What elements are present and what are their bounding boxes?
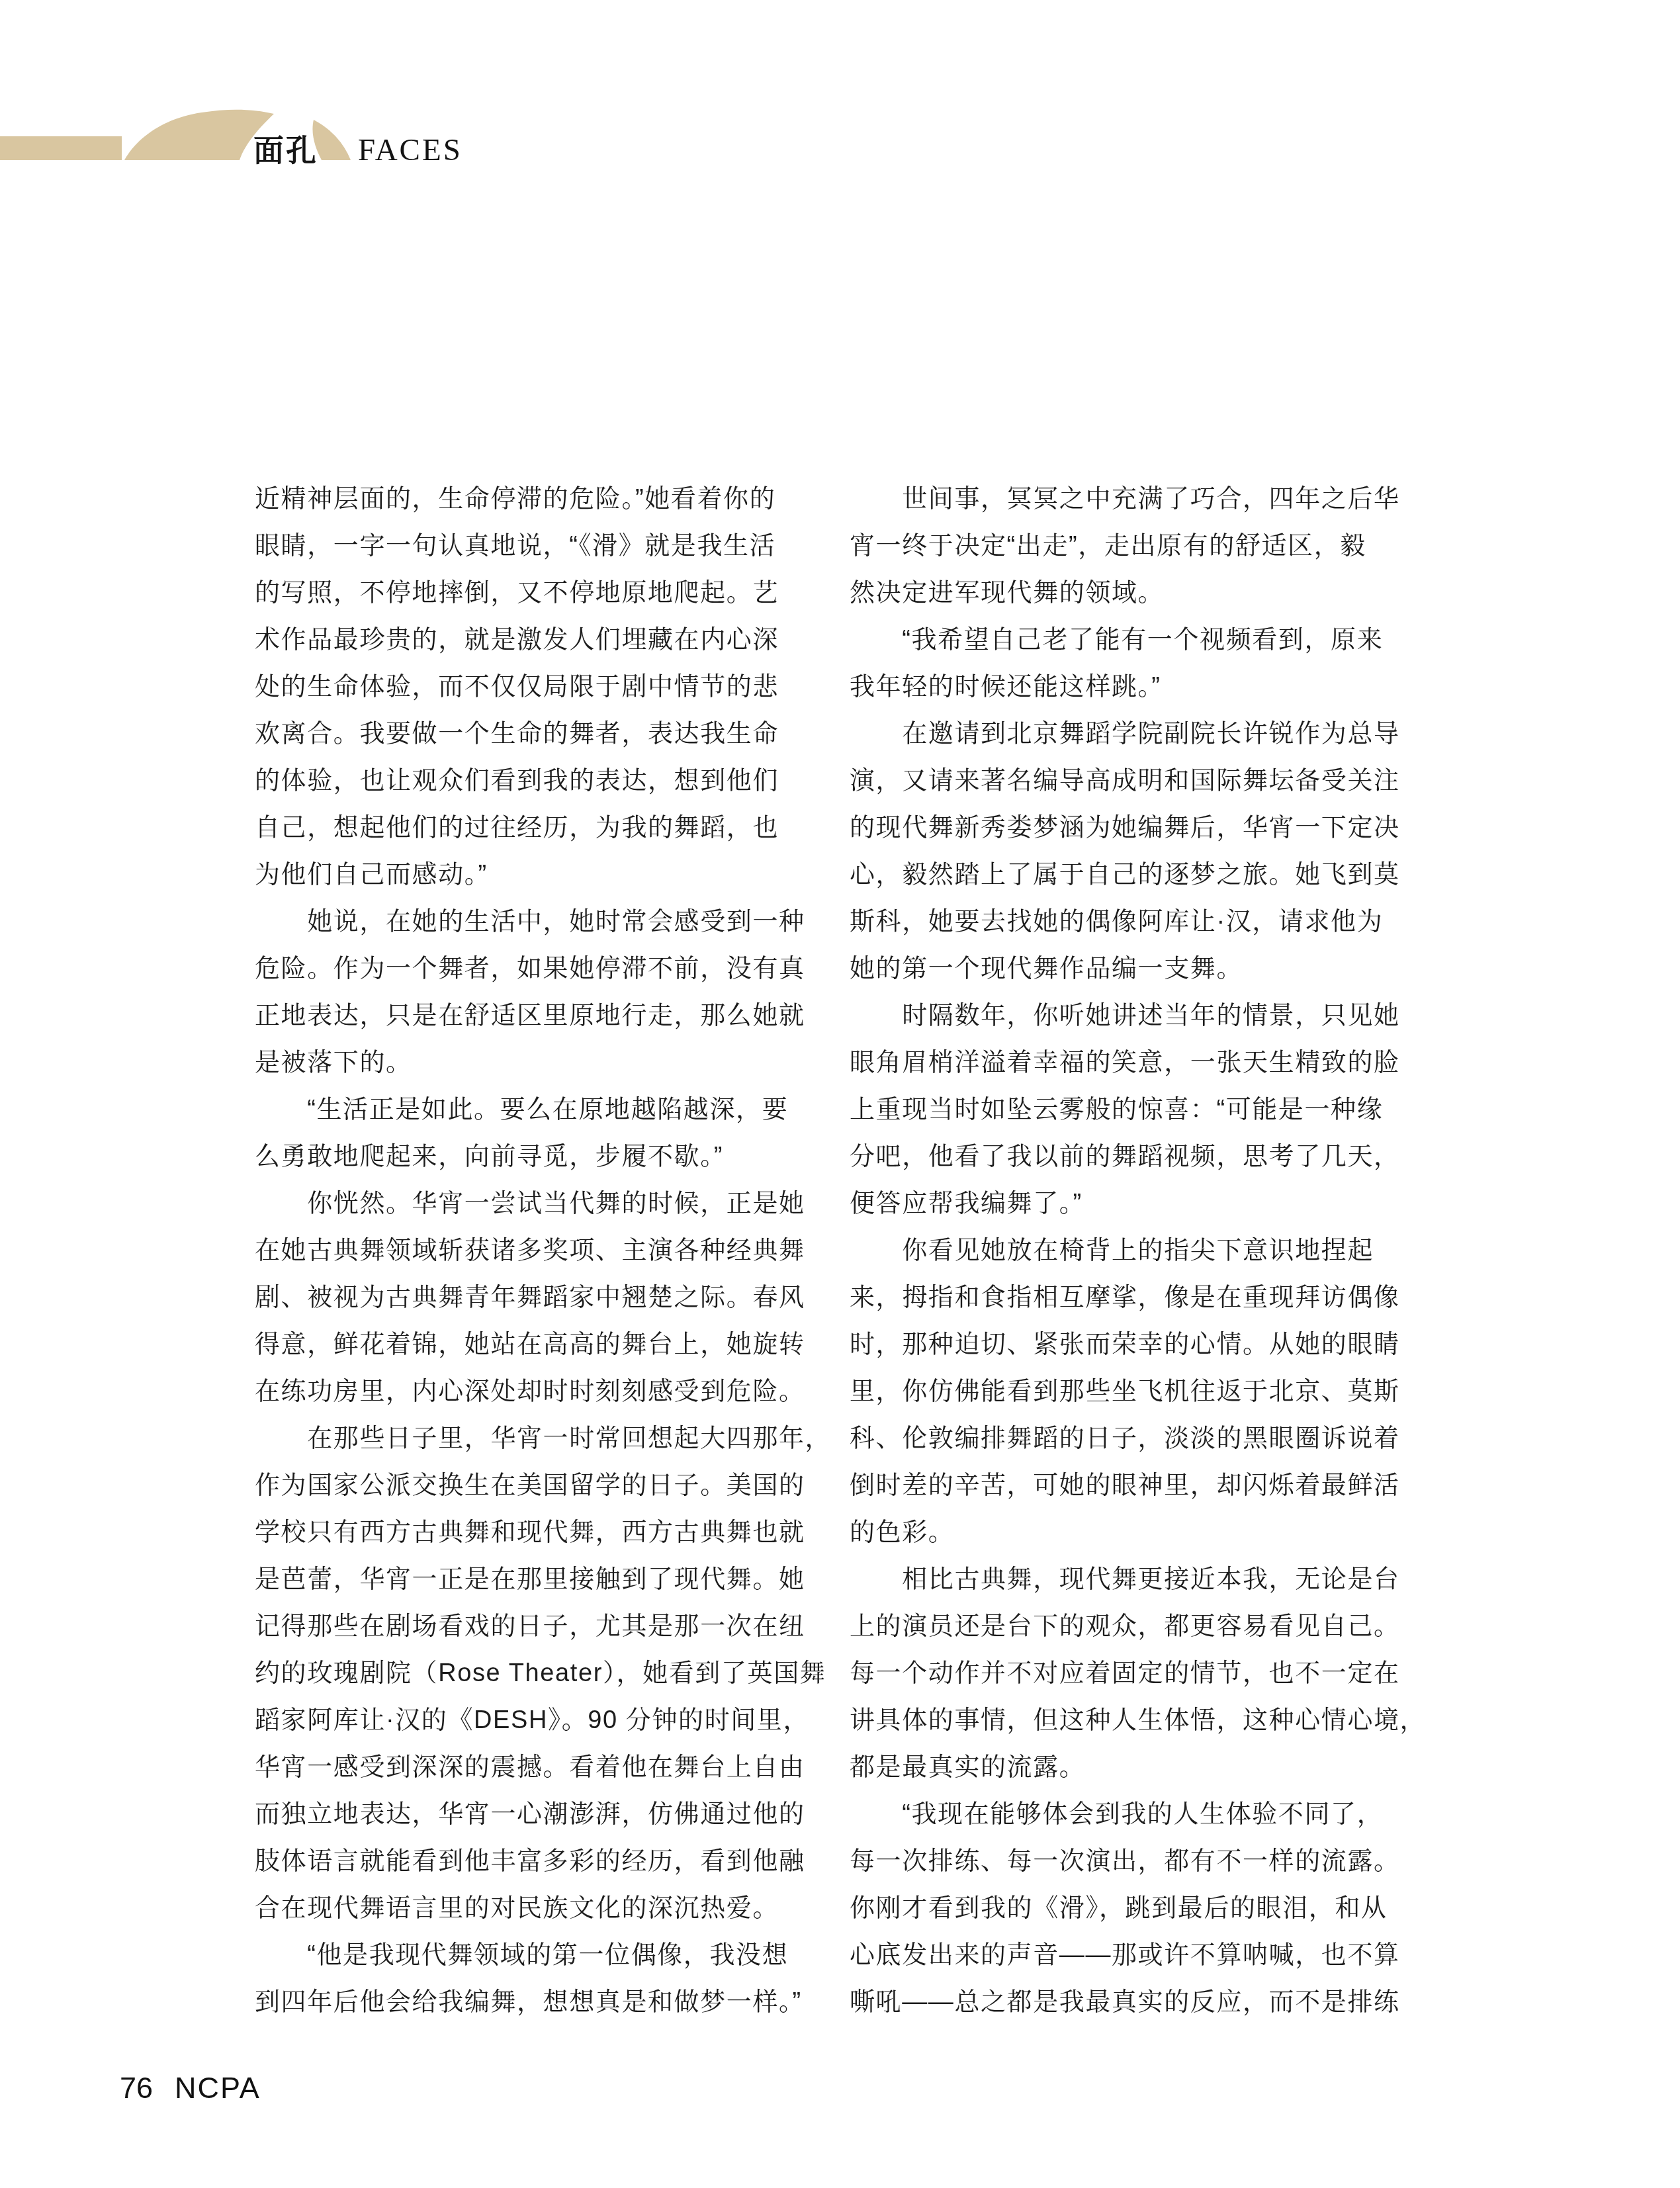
page-footer: 76NCPA (120, 2071, 261, 2105)
text-line: 近精神层面的，生命停滞的危险。”她看着你的 (255, 476, 805, 523)
text-line: 处的生命体验，而不仅仅局限于剧中情节的悲 (255, 664, 805, 711)
article-column-right: 世间事，冥冥之中充满了巧合，四年之后华宵一终于决定“出走”，走出原有的舒适区，毅… (850, 476, 1400, 2026)
text-line: 宵一终于决定“出走”，走出原有的舒适区，毅 (850, 523, 1400, 570)
text-line: 是被落下的。 (255, 1039, 805, 1086)
text-line: 约的玫瑰剧院（Rose Theater），她看到了英国舞 (255, 1650, 805, 1697)
text-line: 分吧，他看了我以前的舞蹈视频，思考了几天， (850, 1133, 1400, 1180)
text-line: 嘶吼——总之都是我最真实的反应，而不是排练 (850, 1979, 1400, 2026)
text-line: 相比古典舞，现代舞更接近本我，无论是台 (850, 1556, 1400, 1603)
text-line: 而独立地表达，华宵一心潮澎湃，仿佛通过他的 (255, 1791, 805, 1838)
text-line: “生活正是如此。要么在原地越陷越深，要 (255, 1086, 805, 1133)
text-line: 上重现当时如坠云雾般的惊喜：“可能是一种缘 (850, 1086, 1400, 1133)
text-line: 科、伦敦编排舞蹈的日子，淡淡的黑眼圈诉说着 (850, 1415, 1400, 1462)
magazine-page: { "header": { "title_zh": "面孔", "title_e… (0, 0, 1680, 2188)
text-line: 你看见她放在椅背上的指尖下意识地捏起 (850, 1227, 1400, 1274)
text-line: 在邀请到北京舞蹈学院副院长许锐作为总导 (850, 711, 1400, 758)
text-line: 眼睛，一字一句认真地说，“《滑》就是我生活 (255, 523, 805, 570)
section-title-en: FACES (358, 134, 463, 167)
page-number: 76 (120, 2071, 153, 2105)
text-line: 么勇敢地爬起来，向前寻觅，步履不歇。” (255, 1133, 805, 1180)
text-line: 肢体语言就能看到他丰富多彩的经历，看到他融 (255, 1838, 805, 1885)
text-line: 她的第一个现代舞作品编一支舞。 (850, 945, 1400, 992)
text-line: 得意，鲜花着锦，她站在高高的舞台上，她旋转 (255, 1321, 805, 1368)
header-dome-shape (124, 110, 274, 160)
text-line: 世间事，冥冥之中充满了巧合，四年之后华 (850, 476, 1400, 523)
text-line: 欢离合。我要做一个生命的舞者，表达我生命 (255, 711, 805, 758)
text-line: 在那些日子里，华宵一时常回想起大四那年， (255, 1415, 805, 1462)
text-line: 时隔数年，你听她讲述当年的情景，只见她 (850, 992, 1400, 1039)
text-line: 术作品最珍贵的，就是激发人们埋藏在内心深 (255, 617, 805, 664)
text-line: 时，那种迫切、紧张而荣幸的心情。从她的眼睛 (850, 1321, 1400, 1368)
text-line: 华宵一感受到深深的震撼。看着他在舞台上自由 (255, 1744, 805, 1791)
text-line: 合在现代舞语言里的对民族文化的深沉热爱。 (255, 1885, 805, 1932)
text-line: 讲具体的事情，但这种人生体悟，这种心情心境， (850, 1697, 1400, 1744)
text-line: 在她古典舞领域斩获诸多奖项、主演各种经典舞 (255, 1227, 805, 1274)
text-line: 都是最真实的流露。 (850, 1744, 1400, 1791)
section-title-zh: 面孔 (253, 134, 318, 167)
text-line: 斯科，她要去找她的偶像阿库让·汉，请求他为 (850, 898, 1400, 945)
text-line: 心底发出来的声音——那或许不算呐喊，也不算 (850, 1932, 1400, 1979)
text-line: 便答应帮我编舞了。” (850, 1180, 1400, 1227)
journal-abbr: NCPA (175, 2071, 261, 2105)
text-line: 每一个动作并不对应着固定的情节，也不一定在 (850, 1650, 1400, 1697)
text-line: 你恍然。华宵一尝试当代舞的时候，正是她 (255, 1180, 805, 1227)
text-line: 作为国家公派交换生在美国留学的日子。美国的 (255, 1462, 805, 1509)
article-column-left: 近精神层面的，生命停滞的危险。”她看着你的眼睛，一字一句认真地说，“《滑》就是我… (255, 476, 805, 2026)
text-line: 心，毅然踏上了属于自己的逐梦之旅。她飞到莫 (850, 852, 1400, 898)
text-line: 的色彩。 (850, 1509, 1400, 1556)
text-line: 学校只有西方古典舞和现代舞，西方古典舞也就 (255, 1509, 805, 1556)
text-line: 每一次排练、每一次演出，都有不一样的流露。 (850, 1838, 1400, 1885)
text-line: 正地表达，只是在舒适区里原地行走，那么她就 (255, 992, 805, 1039)
text-line: 记得那些在剧场看戏的日子，尤其是那一次在纽 (255, 1603, 805, 1650)
text-line: 演，又请来著名编导高成明和国际舞坛备受关注 (850, 758, 1400, 805)
text-line: 的现代舞新秀娄梦涵为她编舞后，华宵一下定决 (850, 805, 1400, 852)
text-line: 在练功房里，内心深处却时时刻刻感受到危险。 (255, 1368, 805, 1415)
text-line: 里，你仿佛能看到那些坐飞机往返于北京、莫斯 (850, 1368, 1400, 1415)
text-line: 上的演员还是台下的观众，都更容易看见自己。 (850, 1603, 1400, 1650)
text-line: 自己，想起他们的过往经历，为我的舞蹈，也 (255, 805, 805, 852)
text-line: 来，拇指和食指相互摩挲，像是在重现拜访偶像 (850, 1274, 1400, 1321)
text-line: 剧、被视为古典舞青年舞蹈家中翘楚之际。春风 (255, 1274, 805, 1321)
text-line: 的体验，也让观众们看到我的表达，想到他们 (255, 758, 805, 805)
text-line: “我希望自己老了能有一个视频看到，原来 (850, 617, 1400, 664)
text-line: 眼角眉梢洋溢着幸福的笑意，一张天生精致的脸 (850, 1039, 1400, 1086)
text-line: 到四年后他会给我编舞，想想真是和做梦一样。” (255, 1979, 805, 2026)
header-bar-shape (0, 136, 122, 160)
text-line: 倒时差的辛苦，可她的眼神里，却闪烁着最鲜活 (850, 1462, 1400, 1509)
text-line: 我年轻的时候还能这样跳。” (850, 664, 1400, 711)
text-line: 危险。作为一个舞者，如果她停滞不前，没有真 (255, 945, 805, 992)
text-line: 然决定进军现代舞的领域。 (850, 570, 1400, 617)
text-line: “他是我现代舞领域的第一位偶像，我没想 (255, 1932, 805, 1979)
text-line: 你刚才看到我的《滑》，跳到最后的眼泪，和从 (850, 1885, 1400, 1932)
text-line: 为他们自己而感动。” (255, 852, 805, 898)
text-line: “我现在能够体会到我的人生体验不同了， (850, 1791, 1400, 1838)
text-line: 蹈家阿库让·汉的《DESH》。90 分钟的时间里， (255, 1697, 805, 1744)
text-line: 是芭蕾，华宵一正是在那里接触到了现代舞。她 (255, 1556, 805, 1603)
text-line: 的写照，不停地摔倒，又不停地原地爬起。艺 (255, 570, 805, 617)
header-swoosh-crescent-shape (312, 120, 351, 160)
text-line: 她说，在她的生活中，她时常会感受到一种 (255, 898, 805, 945)
page-container: 面孔 FACES 近精神层面的，生命停滞的危险。”她看着你的眼睛，一字一句认真地… (0, 0, 1680, 2188)
